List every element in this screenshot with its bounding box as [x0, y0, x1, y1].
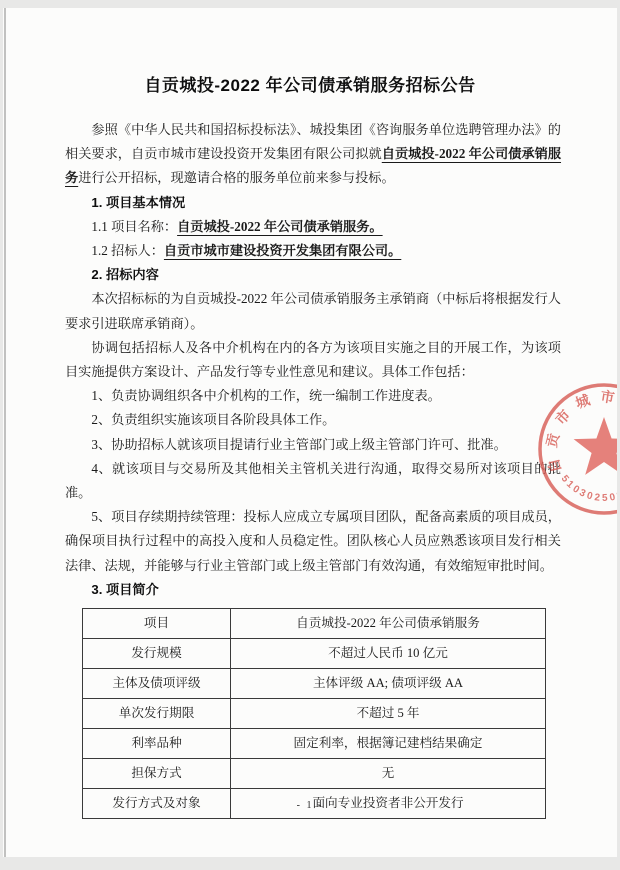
table-row: 担保方式 无 — [83, 759, 546, 789]
row-label-cell: 发行规模 — [83, 639, 231, 669]
document-body: 参照《中华人民共和国招标投标法》、城投集团《咨询服务单位选聘管理办法》的相关要求… — [65, 118, 561, 819]
page-number: - 1 - — [3, 800, 617, 811]
coordination-paragraph: 协调包括招标人及各中介机构在内的各方为该项目实施之目的开展工作，为该项目实施提供… — [65, 336, 561, 384]
row-label-cell: 主体及债项评级 — [83, 669, 231, 699]
table-row: 单次发行期限 不超过 5 年 — [83, 699, 546, 729]
seal-star-icon — [574, 417, 617, 475]
project-name-item: 1.1 项目名称：自贡城投-2022 年公司债承销服务。 — [65, 215, 561, 239]
task-item: 4、就该项目与交易所及其他相关主管机关进行沟通，取得交易所对该项目的批准。 — [65, 457, 561, 505]
project-summary-table: 项目 自贡城投-2022 年公司债承销服务 发行规模 不超过人民币 10 亿元 … — [82, 608, 546, 819]
task-item: 5、项目存续期持续管理：投标人应成立专属项目团队，配备高素质的项目成员，确保项目… — [65, 505, 561, 578]
tenderee-item: 1.2 招标人：自贡市城市建设投资开发集团有限公司。 — [65, 239, 561, 263]
tenderee-label: 1.2 招标人： — [91, 243, 164, 258]
task-item: 2、负责组织实施该项目各阶段具体工作。 — [65, 408, 561, 432]
row-value-cell: 不超过人民币 10 亿元 — [231, 639, 546, 669]
document-title: 自贡城投-2022 年公司债承销服务招标公告 — [3, 71, 617, 96]
row-value-cell: 主体评级 AA; 债项评级 AA — [231, 669, 546, 699]
table-row: 项目 自贡城投-2022 年公司债承销服务 — [83, 609, 546, 639]
row-value-cell: 不超过 5 年 — [231, 699, 546, 729]
intro-paragraph: 参照《中华人民共和国招标投标法》、城投集团《咨询服务单位选聘管理办法》的相关要求… — [65, 118, 561, 191]
task-item: 3、协助招标人就该项目提请行业主管部门或上级主管部门许可、批准。 — [65, 433, 561, 457]
row-value-cell: 无 — [231, 759, 546, 789]
page-scan-edge — [4, 8, 6, 857]
section-heading-project-summary: 3. 项目简介 — [65, 578, 561, 602]
row-value-cell: 固定利率，根据簿记建档结果确定 — [231, 729, 546, 759]
section-heading-basic-info: 1. 项目基本情况 — [65, 191, 561, 215]
row-value-cell: 自贡城投-2022 年公司债承销服务 — [231, 609, 546, 639]
row-label-cell: 项目 — [83, 609, 231, 639]
section-heading-tender-content: 2. 招标内容 — [65, 263, 561, 287]
tender-subject-paragraph: 本次招标标的为自贡城投-2022 年公司债承销服务主承销商（中标后将根据发行人要… — [65, 287, 561, 335]
table-row: 利率品种 固定利率，根据簿记建档结果确定 — [83, 729, 546, 759]
table-row: 发行规模 不超过人民币 10 亿元 — [83, 639, 546, 669]
tenderee-value: 自贡市城市建设投资开发集团有限公司。 — [164, 243, 401, 258]
intro-post: 进行公开招标，现邀请合格的服务单位前来参与投标。 — [78, 170, 395, 185]
row-label-cell: 利率品种 — [83, 729, 231, 759]
screenshot-root: { "doc": { "title": "自贡城投-2022 年公司债承销服务招… — [0, 0, 620, 870]
official-seal: 自贡市城市建设投资开 51030250245 — [519, 363, 617, 543]
task-item: 1、负责协调组织各中介机构的工作，统一编制工作进度表。 — [65, 384, 561, 408]
row-label-cell: 单次发行期限 — [83, 699, 231, 729]
project-name-value: 自贡城投-2022 年公司债承销服务。 — [177, 219, 383, 234]
table-row: 主体及债项评级 主体评级 AA; 债项评级 AA — [83, 669, 546, 699]
project-name-label: 1.1 项目名称： — [91, 219, 177, 234]
scanned-page: 自贡城投-2022 年公司债承销服务招标公告 参照《中华人民共和国招标投标法》、… — [3, 8, 617, 857]
row-label-cell: 担保方式 — [83, 759, 231, 789]
